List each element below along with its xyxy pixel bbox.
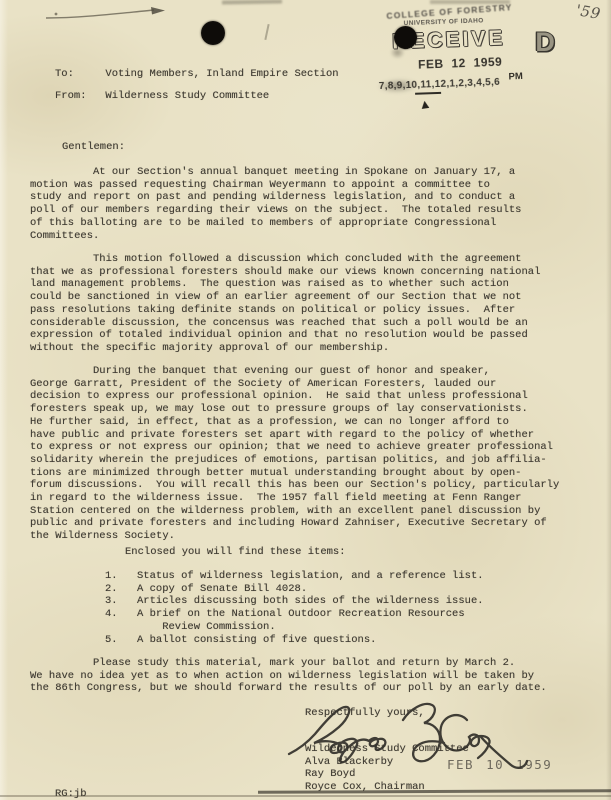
enclosure-text: Status of wilderness legislation, and a … — [137, 570, 484, 583]
paragraph-1: At our Section's annual banquet meeting … — [30, 166, 521, 242]
paragraph-2: This motion followed a discussion which … — [30, 253, 540, 355]
enclosure-text: Articles discussing both sides of the wi… — [137, 595, 484, 608]
scan-right-edge — [606, 0, 611, 800]
pencil-arrow-mark — [42, 5, 170, 21]
closing-paragraph: Please study this material, mark your ba… — [30, 657, 547, 695]
enclosure-item: 4. A brief on the National Outdoor Recre… — [105, 608, 484, 633]
scanned-letter-page: '59 COLLEGE OF FORESTRY UNIVERSITY OF ID… — [0, 0, 611, 800]
pencil-slash-mark — [264, 24, 269, 40]
enclosures-intro: Enclosed you will find these items: — [125, 546, 346, 559]
enclosure-number: 2. — [105, 583, 137, 596]
stamp-arrow-smudge: ▲ — [417, 96, 432, 113]
enclosure-item: 5. A ballot consisting of five questions… — [105, 634, 484, 647]
enclosure-text: A brief on the National Outdoor Recreati… — [137, 608, 465, 633]
stamp-meridiem: PM — [508, 71, 523, 82]
enclosures-list: 1. Status of wilderness legislation, and… — [105, 570, 484, 646]
closing-salutation: Respectfully yours, — [305, 707, 425, 720]
scan-bottom-edge — [0, 795, 611, 797]
enclosure-text: A ballot consisting of five questions. — [137, 634, 376, 647]
enclosure-number: 1. — [105, 570, 137, 583]
committee-member-2: Ray Boyd — [305, 768, 355, 781]
signature-org-line: Wilderness Study Committee — [305, 743, 469, 756]
feb-10-date-stamp: FEB 10 1959 — [447, 757, 552, 772]
enclosure-number: 4. — [105, 608, 137, 633]
enclosure-text: A copy of Senate Bill 4028. — [137, 583, 307, 596]
stamp-underline — [415, 92, 441, 95]
salutation: Gentlemen: — [62, 141, 125, 154]
from-line: From: Wilderness Study Committee — [55, 90, 269, 103]
enclosure-number: 5. — [105, 634, 137, 647]
received-rubber-stamp: COLLEGE OF FORESTRY UNIVERSITY OF IDAHO … — [346, 0, 585, 124]
stamp-university-line: UNIVERSITY OF IDAHO — [404, 17, 484, 27]
stamp-ink-smudge — [377, 78, 419, 94]
scan-left-edge — [0, 0, 8, 800]
top-edge-smudge — [222, 0, 282, 5]
committee-member-3: Royce Cox, Chairman — [305, 781, 425, 794]
enclosure-item: 2. A copy of Senate Bill 4028. — [105, 583, 484, 596]
punch-hole-smudge — [390, 46, 405, 59]
typist-initials: RG:jb — [55, 788, 87, 800]
stamp-date: FEB 12 1959 — [418, 55, 503, 72]
punch-hole — [201, 21, 225, 45]
paragraph-3: During the banquet that evening our gues… — [30, 365, 559, 543]
stamp-received-letter-d: D — [535, 27, 555, 58]
enclosure-item: 3. Articles discussing both sides of the… — [105, 595, 484, 608]
committee-member-1: Alva Blackerby — [305, 756, 393, 769]
enclosure-number: 3. — [105, 595, 137, 608]
enclosure-item: 1. Status of wilderness legislation, and… — [105, 570, 484, 583]
to-line: To: Voting Members, Inland Empire Sectio… — [55, 68, 339, 81]
